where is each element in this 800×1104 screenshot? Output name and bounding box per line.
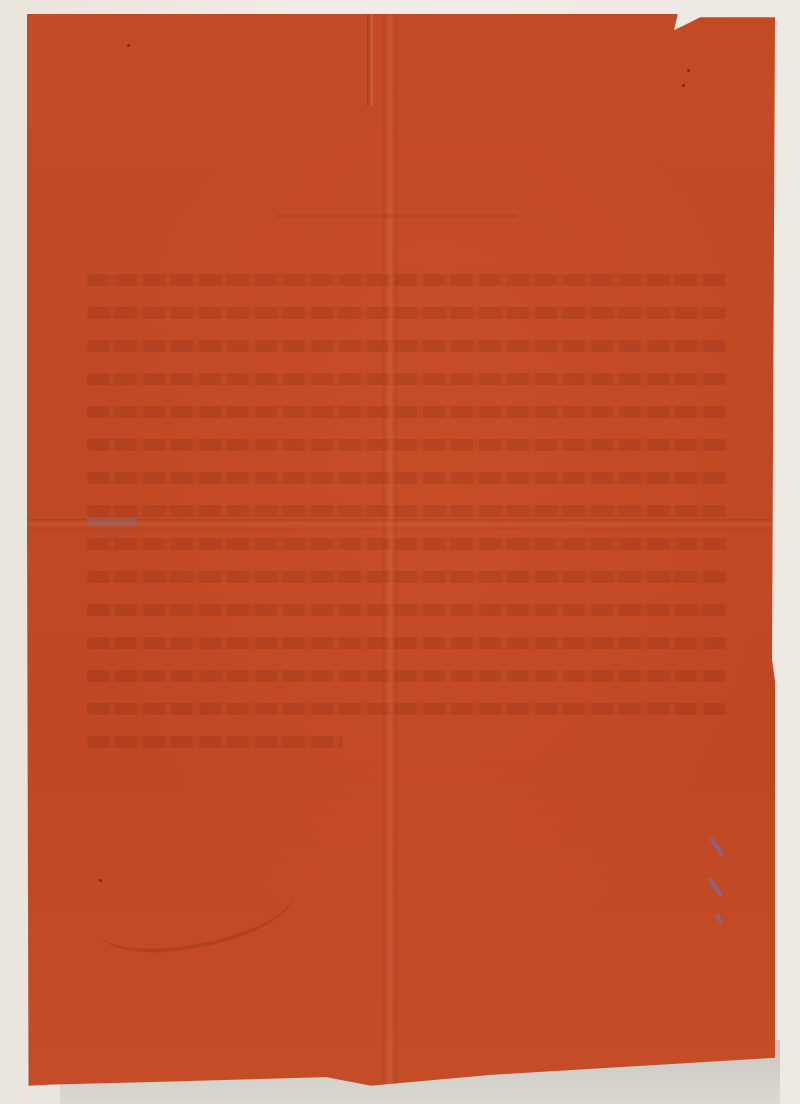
body-text (87, 274, 727, 769)
text-line (87, 472, 727, 484)
text-line (87, 406, 727, 418)
text-line (87, 439, 727, 451)
text-line (87, 604, 727, 616)
text-line (87, 505, 727, 517)
pin-hole (682, 84, 685, 87)
text-line (87, 340, 727, 352)
tape-strip (87, 518, 137, 526)
text-line (87, 703, 727, 715)
poster (27, 14, 775, 1090)
signature (93, 860, 301, 961)
text-line (87, 670, 727, 682)
pencil-mark (709, 837, 725, 857)
pencil-mark (707, 877, 723, 897)
text-line (87, 373, 727, 385)
pin-hole (127, 44, 130, 47)
text-line (87, 307, 727, 319)
pin-hole (687, 69, 690, 72)
subtitle-line (277, 214, 517, 218)
text-line (87, 637, 727, 649)
pencil-mark (714, 914, 723, 924)
text-line (87, 736, 343, 748)
text-line (87, 274, 727, 286)
top-tear (367, 14, 373, 106)
pin-hole (99, 879, 102, 882)
text-line (87, 538, 727, 550)
text-line (87, 571, 727, 583)
